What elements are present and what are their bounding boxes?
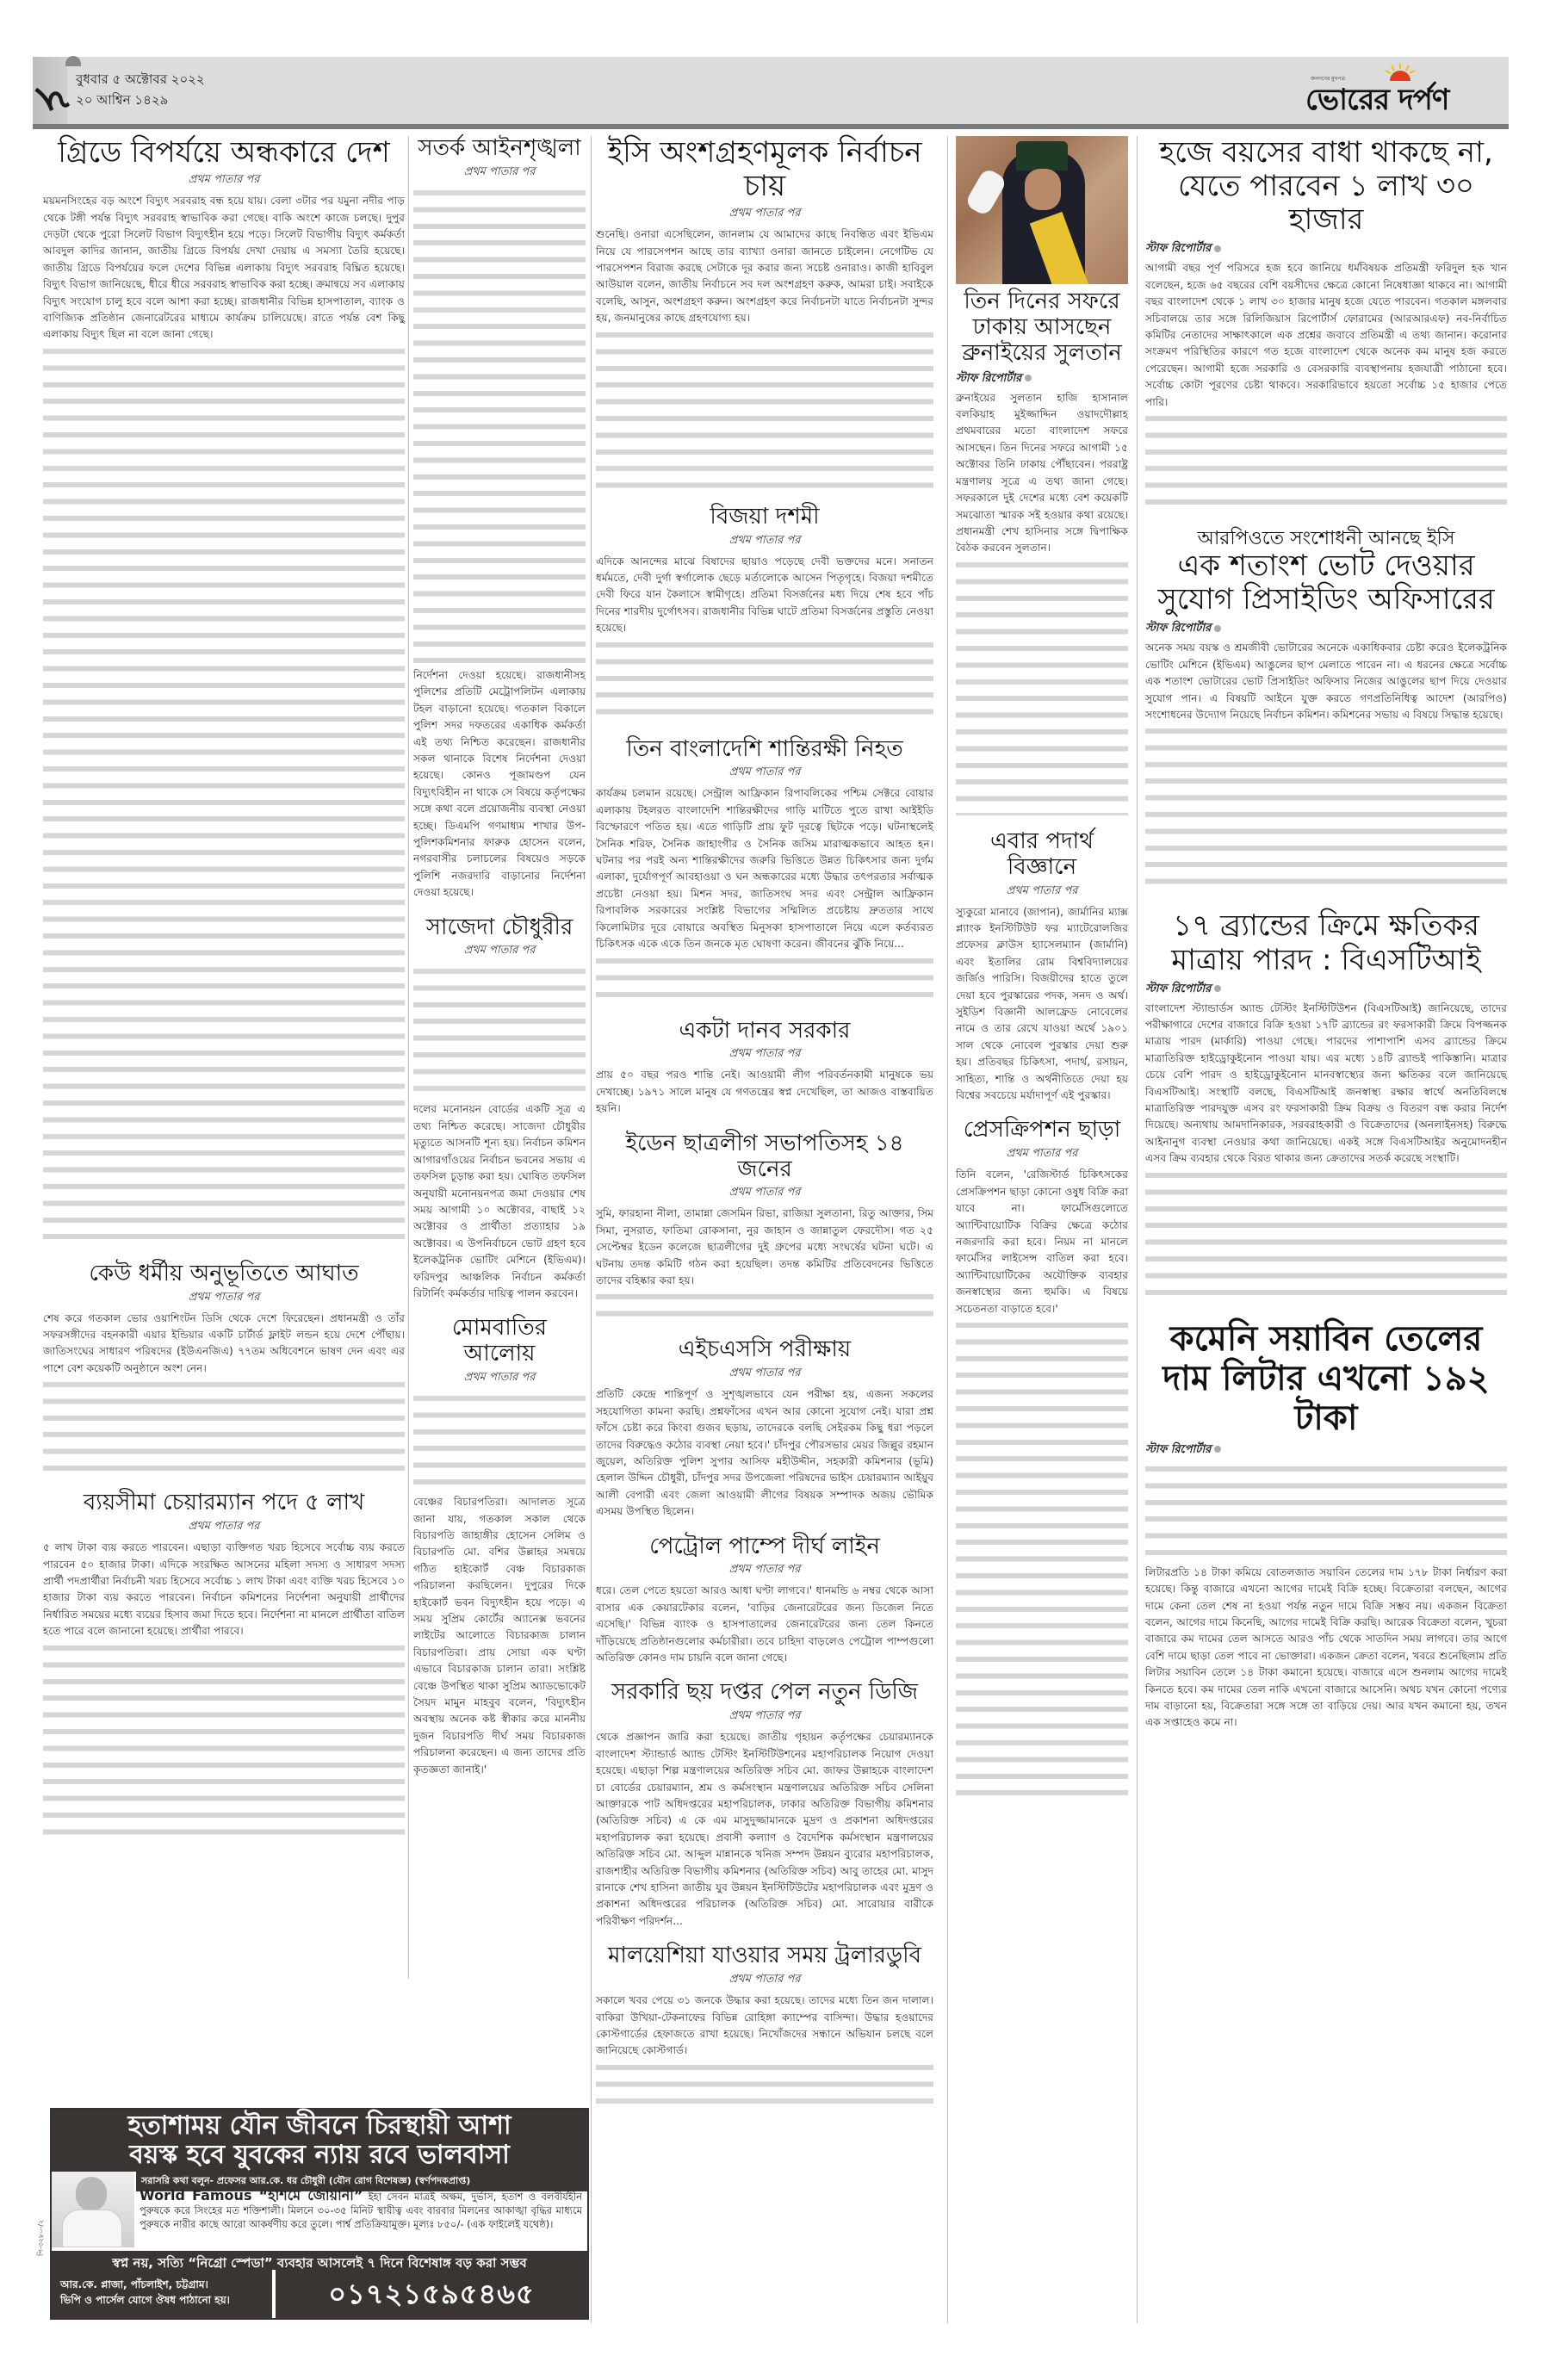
byline: স্টাফ রিপোর্টার: [956, 370, 1128, 388]
continued-label: প্রথম পাতার পর: [43, 1289, 405, 1307]
continued-label: প্রথম পাতার পর: [956, 883, 1128, 901]
article-headline[interactable]: ইসি অংশগ্রহণমূলক নির্বাচন চায়: [596, 136, 933, 203]
article-body: বাংলাদেশ স্ট্যান্ডার্ডস অ্যান্ড টেস্টিং …: [1145, 1001, 1507, 1305]
column-divider: [408, 136, 409, 1979]
article-body: লিটারপ্রতি ১৪ টাকা কমিয়ে বোতলজাত সয়াবি…: [1145, 1461, 1507, 1732]
body-text-continuation: [43, 1377, 405, 1477]
article-headline[interactable]: হজে বয়সের বাধা থাকছে না, যেতে পারবেন ১ …: [1145, 136, 1507, 237]
column-5: হজে বয়সের বাধা থাকছে না, যেতে পারবেন ১ …: [1145, 136, 1507, 1732]
continued-label: প্রথম পাতার পর: [43, 1518, 405, 1536]
body-text-continuation: [413, 1391, 586, 1494]
article-new-dg: সরকারি ছয় দপ্তর পেল নতুন ডিজি প্রথম পাত…: [596, 1680, 933, 1930]
byline: স্টাফ রিপোর্টার: [1145, 1441, 1507, 1460]
continued-label: প্রথম পাতার পর: [596, 532, 933, 550]
byline-dot-icon: [1214, 985, 1221, 992]
ad-product-copy: World Famous “হাশমে জোয়ানী” ইহা সেবন মা…: [139, 2189, 582, 2231]
body-text-continuation: [596, 1289, 933, 1323]
article-peacekeepers-killed: তিন বাংলাদেশি শান্তিরক্ষী নিহত প্রথম পাত…: [596, 737, 933, 1005]
column-divider: [947, 136, 948, 2323]
advertisement-box[interactable]: হতাশাময় যৌন জীবনে চিরস্থায়ী আশা বয়স্ক…: [50, 2108, 589, 2320]
article-physics-nobel: এবার পদার্থ বিজ্ঞানে প্রথম পাতার পর স্যু…: [956, 829, 1128, 1105]
continued-label: প্রথম পাতার পর: [596, 1045, 933, 1063]
byline-dot-icon: [1214, 245, 1221, 252]
article-expense-limit: ব্যয়সীমা চেয়ারম্যান পদে ৫ লাখ প্রথম পা…: [43, 1491, 405, 1841]
continued-label: প্রথম পাতার পর: [596, 1365, 933, 1383]
article-sajeda-chowdhury: সাজেদা চৌধুরীর প্রথম পাতার পর দলের মনোনয…: [413, 915, 586, 1303]
date-bengali: ২০ আশ্বিন ১৪২৯: [76, 90, 205, 110]
article-candle-light: মোমবাতির আলোয় প্রথম পাতার পর বেঞ্চের বি…: [413, 1316, 586, 1778]
article-headline[interactable]: একটা দানব সরকার: [596, 1019, 933, 1044]
column-1: গ্রিডে বিপর্যয়ে অন্ধকারে দেশ প্রথম পাতা…: [43, 136, 405, 1842]
photo-face: [1025, 169, 1061, 210]
article-body: অনেক সময় বয়স্ক ও শ্রমজীবী ভোটারের অনেক…: [1145, 640, 1507, 896]
byline-dot-icon: [1025, 375, 1032, 381]
article-body: প্রায় ৫০ বছর পরও শান্তি নেই। আওয়ামী লী…: [596, 1067, 933, 1117]
article-headline[interactable]: গ্রিডে বিপর্যয়ে অন্ধকারে দেশ: [43, 136, 405, 170]
ad-address: আর.কে. প্লাজা, পাঁচলাইশ, চট্টগ্রাম। ভিপি…: [52, 2270, 272, 2318]
continued-label: প্রথম পাতার পর: [596, 1971, 933, 1989]
doctor-coat: [62, 2210, 122, 2247]
article-mercury-cream: ১৭ ব্র্যান্ডের ক্রিমে ক্ষতিকর মাত্রায় প…: [1145, 909, 1507, 1305]
body-text-continuation: [413, 964, 586, 1101]
article-headline[interactable]: মোমবাতির আলোয়: [413, 1316, 586, 1367]
article-body: ধরে। তেল পেতে হয়তো আরও আধা ঘণ্টা লাগবে।…: [596, 1583, 933, 1666]
article-headline[interactable]: পেট্রোল পাম্পে দীর্ঘ লাইন: [596, 1534, 933, 1560]
date-gregorian: বুধবার ৫ অক্টোবর ২০২২: [76, 69, 205, 90]
article-brunei-sultan: তিন দিনের সফরে ঢাকায় আসছেন ব্রুনাইয়ের …: [956, 289, 1128, 815]
article-ec-election: ইসি অংশগ্রহণমূলক নির্বাচন চায় প্রথম পাত…: [596, 136, 933, 491]
article-headline[interactable]: সাজেদা চৌধুরীর: [413, 915, 586, 941]
article-body: স্যুকুরো মানাবে (জাপান), জার্মানির ম্যাক…: [956, 904, 1128, 1105]
article-body: তিনি বলেন, 'রেজিস্টার্ড চিকিৎসকের প্রেসক…: [956, 1167, 1128, 1800]
body-text-continuation: [596, 637, 933, 723]
body-text-continuation: [1145, 723, 1507, 896]
article-eden-chhatraleague: ইডেন ছাত্রলীগ সভাপতিসহ ১৪ জনের প্রথম পাত…: [596, 1131, 933, 1324]
byline-dot-icon: [1214, 1446, 1221, 1453]
tab-curl: [65, 56, 81, 66]
article-body: থেকে প্রজ্ঞাপন জারি করা হয়েছে। জাতীয় গ…: [596, 1729, 933, 1930]
photo-glove: [964, 167, 1008, 217]
sultan-photo[interactable]: [956, 136, 1128, 284]
ad-headline: হতাশাময় যৌন জীবনে চিরস্থায়ী আশা বয়স্ক…: [52, 2110, 587, 2172]
article-headline[interactable]: প্রেসক্রিপশন ছাড়া: [956, 1118, 1128, 1144]
column-4: তিন দিনের সফরে ঢাকায় আসছেন ব্রুনাইয়ের …: [956, 136, 1128, 1800]
article-body: প্রতিটি কেন্দ্রে শান্তিপূর্ণ ও সুশৃঙ্খলভ…: [596, 1386, 933, 1520]
article-headline[interactable]: তিন বাংলাদেশি শান্তিরক্ষী নিহত: [596, 737, 933, 763]
body-text-continuation: [1145, 1461, 1507, 1565]
article-without-prescription: প্রেসক্রিপশন ছাড়া প্রথম পাতার পর তিনি ব…: [956, 1118, 1128, 1800]
body-text-continuation: [1145, 411, 1507, 514]
continued-label: প্রথম পাতার পর: [596, 1184, 933, 1202]
article-body: সুমি, ফারহানা নীলা, তামান্না জেসমিন রিভা…: [596, 1205, 933, 1323]
logo-name: ভোরের দর্পণ: [1305, 77, 1448, 127]
article-headline[interactable]: মালয়েশিয়া যাওয়ার সময় ট্রলারডুবি: [596, 1943, 933, 1969]
byline: স্টাফ রিপোর্টার: [1145, 240, 1507, 258]
continued-label: প্রথম পাতার পর: [413, 1369, 586, 1387]
continued-label: প্রথম পাতার পর: [413, 942, 586, 960]
article-headline[interactable]: এইচএসসি পরীক্ষায়: [596, 1337, 933, 1363]
article-body: ময়মনসিংহের বড় অংশে বিদ্যুৎ সরবরাহ বন্ধ…: [43, 193, 405, 1248]
doctor-head: [76, 2177, 107, 2211]
photo-cap: [1016, 141, 1068, 170]
article-soybean-oil-price: কমেনি সয়াবিন তেলের দাম লিটার এখনো ১৯২ ট…: [1145, 1319, 1507, 1732]
continued-label: প্রথম পাতার পর: [956, 1145, 1128, 1163]
article-headline[interactable]: ইডেন ছাত্রলীগ সভাপতিসহ ১৪ জনের: [596, 1131, 933, 1183]
column-3: ইসি অংশগ্রহণমূলক নির্বাচন চায় প্রথম পাত…: [596, 136, 933, 2111]
article-petrol-pump-queue: পেট্রোল পাম্পে দীর্ঘ লাইন প্রথম পাতার পর…: [596, 1534, 933, 1667]
article-body: কার্যক্রম চলমান রয়েছে। সেন্ট্রাল আফ্রিক…: [596, 785, 933, 1004]
article-grid-failure: গ্রিডে বিপর্যয়ে অন্ধকারে দেশ প্রথম পাতা…: [43, 136, 405, 1248]
column-divider: [1137, 136, 1138, 2323]
doctor-photo: [52, 2172, 134, 2247]
article-hajj-age-limit: হজে বয়সের বাধা থাকছে না, যেতে পারবেন ১ …: [1145, 136, 1507, 514]
article-body: ব্রুনাইয়ের সুলতান হাজি হাসানাল বলকিয়াহ…: [956, 390, 1128, 815]
column-divider: [591, 136, 592, 2323]
body-text-continuation: [43, 1640, 405, 1842]
article-body: সকালে খবর পেয়ে ৩১ জনকে উদ্ধার করা হয়েছ…: [596, 1993, 933, 2111]
ad-product-name: World Famous “হাশমে জোয়ানী”: [139, 2187, 363, 2203]
article-body: শুনেছি। ওনারা এসেছিলেন, জানলাম যে আমাদের…: [596, 226, 933, 490]
byline-dot-icon: [1214, 625, 1221, 632]
article-headline[interactable]: বিজয়া দশমী: [596, 505, 933, 530]
article-body: শেষ করে গতকাল ভোর ওয়াশিংটন ডিসি থেকে দে…: [43, 1311, 405, 1478]
article-body: এদিকে আনন্দের মাঝে বিষাদের ছায়াও পড়েছে…: [596, 554, 933, 723]
body-text-continuation: [1145, 1168, 1507, 1305]
article-monster-government: একটা দানব সরকার প্রথম পাতার পর প্রায় ৫০…: [596, 1019, 933, 1118]
article-headline[interactable]: কমেনি সয়াবিন তেলের দাম লিটার এখনো ১৯২ ট…: [1145, 1319, 1507, 1438]
body-text-continuation: [596, 327, 933, 491]
continued-label: প্রথম পাতার পর: [596, 1561, 933, 1579]
article-body: দলের মনোনয়ন বোর্ডের একটি সূত্র এ তথ্য ন…: [413, 964, 586, 1302]
article-hsc-exam: এইচএসসি পরীক্ষায় প্রথম পাতার পর প্রতিটি…: [596, 1337, 933, 1520]
ad-code: পি-৩২৮০-/২: [36, 2220, 47, 2256]
article-headline[interactable]: এবার পদার্থ বিজ্ঞানে: [956, 829, 1128, 881]
body-text-continuation: [956, 1317, 1128, 1800]
article-bijoya-dashami: বিজয়া দশমী প্রথম পাতার পর এদিকে আনন্দের…: [596, 505, 933, 723]
article-kicker: আরপিওতে সংশোধনী আনছে ইসি: [1145, 528, 1507, 549]
continued-label: প্রথম পাতার পর: [596, 205, 933, 223]
article-presiding-officer-vote: আরপিওতে সংশোধনী আনছে ইসি এক শতাংশ ভোট দে…: [1145, 528, 1507, 896]
column-2: সতর্ক আইনশৃঙ্খলা প্রথম পাতার পর নির্দেশন…: [413, 136, 586, 1778]
article-body: আগামী বছর পূর্ণ পরিসরে হজ হবে জানিয়ে ধর…: [1145, 260, 1507, 514]
article-headline[interactable]: কেউ ধর্মীয় অনুভূতিতে আঘাত: [43, 1261, 405, 1287]
article-headline[interactable]: সরকারি ছয় দপ্তর পেল নতুন ডিজি: [596, 1680, 933, 1706]
article-trawler-capsize: মালয়েশিয়া যাওয়ার সময় ট্রলারডুবি প্রথ…: [596, 1943, 933, 2111]
ad-footer: আর.কে. প্লাজা, পাঁচলাইশ, চট্টগ্রাম। ভিপি…: [52, 2270, 587, 2318]
byline: স্টাফ রিপোর্টার: [1145, 620, 1507, 638]
continued-label: প্রথম পাতার পর: [413, 164, 586, 182]
article-body: ৫ লাখ টাকা ব্যয় করতে পারবেন। এছাড়া ব্য…: [43, 1540, 405, 1841]
continued-label: প্রথম পাতার পর: [596, 1708, 933, 1726]
continued-label: প্রথম পাতার পর: [596, 764, 933, 782]
continued-label: প্রথম পাতার পর: [43, 171, 405, 189]
body-text-continuation: [596, 953, 933, 1005]
issue-date: বুধবার ৫ অক্টোবর ২০২২ ২০ আশ্বিন ১৪২৯: [76, 69, 205, 110]
article-headline[interactable]: সতর্ক আইনশৃঙ্খলা: [413, 136, 586, 162]
article-religious-sentiment: কেউ ধর্মীয় অনুভূতিতে আঘাত প্রথম পাতার প…: [43, 1261, 405, 1478]
ad-phone-number[interactable]: ০১৭২১৫৯৫৪৬৫: [272, 2270, 587, 2318]
article-law-enforcement: সতর্ক আইনশৃঙ্খলা প্রথম পাতার পর নির্দেশন…: [413, 136, 586, 902]
body-text-continuation: [956, 557, 1128, 815]
article-headline[interactable]: ব্যয়সীমা চেয়ারম্যান পদে ৫ লাখ: [43, 1491, 405, 1516]
header-rule: [33, 124, 1509, 129]
body-text-continuation: [596, 2060, 933, 2111]
article-body: নির্দেশনা দেওয়া হয়েছে। রাজধানীসহ পুলিশ…: [413, 185, 586, 902]
article-headline[interactable]: তিন দিনের সফরে ঢাকায় আসছেন ব্রুনাইয়ের …: [956, 289, 1128, 367]
byline: স্টাফ রিপোর্টার: [1145, 981, 1507, 999]
body-text-continuation: [43, 344, 405, 1248]
article-headline[interactable]: এক শতাংশ ভোট দেওয়ার সুযোগ প্রিসাইডিং অফ…: [1145, 549, 1507, 617]
article-body: বেঞ্চের বিচারপতিরা। আদালত সূত্রে জানা যা…: [413, 1391, 586, 1778]
page-header: ২ বুধবার ৫ অক্টোবর ২০২২ ২০ আশ্বিন ১৪২৯ জ…: [33, 57, 1509, 124]
article-headline[interactable]: ১৭ ব্র্যান্ডের ক্রিমে ক্ষতিকর মাত্রায় প…: [1145, 909, 1507, 976]
body-text-continuation: [413, 185, 586, 667]
newspaper-logo[interactable]: জনগণের মুখপত্র ভোরের দর্পণ: [1304, 62, 1476, 119]
